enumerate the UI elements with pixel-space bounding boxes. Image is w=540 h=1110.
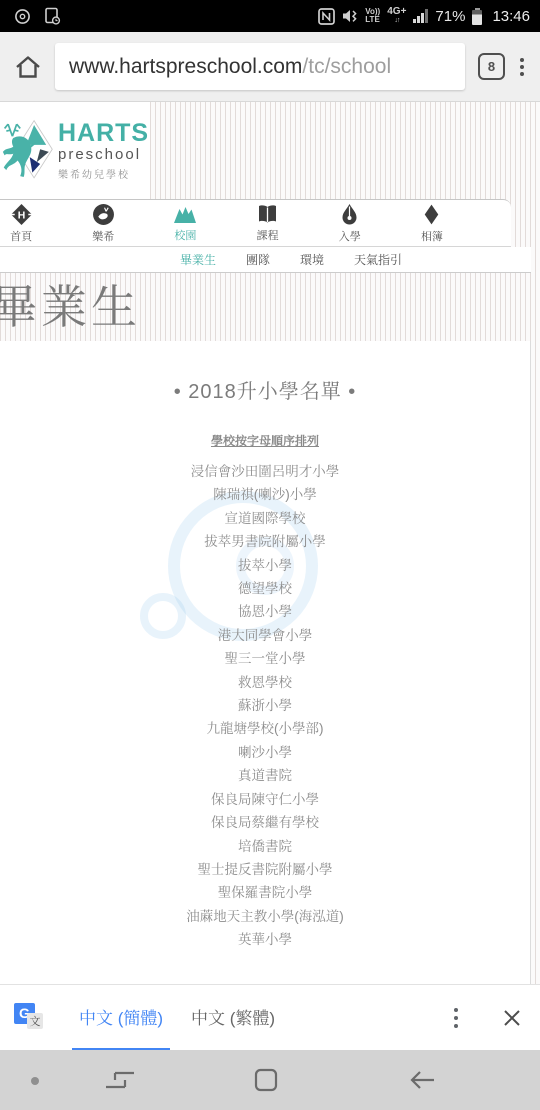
school-list-item: 港大同學會小學 (0, 624, 530, 647)
browser-toolbar: www.hartspreschool.com/tc/school 8 (0, 32, 540, 102)
home-diamond-icon: H (10, 203, 33, 226)
school-list-item: 聖三一堂小學 (0, 647, 530, 670)
subnav-item-graduates[interactable]: 畢業生 (180, 251, 216, 268)
url-path: /tc/school (302, 55, 391, 79)
page-title: 畢業生 (0, 281, 531, 333)
school-list-item: 真道書院 (0, 764, 530, 787)
nav-item-about[interactable]: 樂希 (62, 200, 144, 246)
home-button[interactable] (244, 1064, 288, 1096)
browser-menu-button[interactable] (518, 54, 526, 80)
nav-item-album[interactable]: 相簿 (391, 200, 473, 246)
nav-item-admission[interactable]: 入學 (309, 200, 391, 246)
school-list-item: 九龍塘學校(小學部) (0, 717, 530, 740)
vibrate-mute-icon (342, 8, 358, 24)
pen-nib-icon (338, 203, 361, 226)
network-type-indicator: 4G+↓↑ (387, 7, 406, 25)
logo-title: HARTS (58, 120, 149, 146)
svg-text:H: H (17, 210, 25, 221)
home-icon[interactable] (14, 54, 42, 80)
android-navigation-bar (0, 1050, 540, 1110)
school-list-item: 宣道國際學校 (0, 507, 530, 530)
school-list-item: 救恩學校 (0, 671, 530, 694)
status-bar: Vo))LTE 4G+↓↑ 71% 13:46 (0, 0, 540, 32)
list-subheading: 學校按字母順序排列 (0, 432, 530, 449)
nav-label: 入學 (339, 228, 361, 244)
nav-item-curriculum[interactable]: 課程 (227, 200, 309, 246)
nav-label: 相簿 (421, 228, 443, 244)
page-content: • 2018升小學名單 • 學校按字母順序排列 浸信會沙田圍呂明才小學 陳瑞祺(… (0, 341, 531, 984)
translate-close-icon[interactable] (502, 1008, 522, 1028)
data-saver-icon (14, 8, 31, 25)
school-list-item: 英華小學 (0, 928, 530, 951)
edge-panel-handle[interactable] (31, 1077, 39, 1085)
clock: 13:46 (492, 8, 530, 25)
volte-indicator: Vo))LTE (365, 8, 380, 24)
school-list-item: 喇沙小學 (0, 741, 530, 764)
school-list: 浸信會沙田圍呂明才小學 陳瑞祺(喇沙)小學 宣道國際學校 拔萃男書院附屬小學 拔… (0, 460, 530, 952)
deer-circle-icon (92, 203, 115, 226)
google-translate-icon: G文 (14, 1001, 50, 1035)
school-list-item: 保良局蔡繼有學校 (0, 811, 530, 834)
nav-item-campus[interactable]: 校園 (144, 200, 226, 246)
url-bar[interactable]: www.hartspreschool.com/tc/school (55, 43, 465, 90)
school-list-item: 保良局陳守仁小學 (0, 788, 530, 811)
logo-subtitle: preschool (58, 146, 149, 163)
translate-tab-traditional[interactable]: 中文 (繁體) (184, 985, 282, 1051)
subnav-item-weather-guide[interactable]: 天氣指引 (354, 251, 402, 268)
open-book-icon (256, 203, 279, 225)
nav-label: 課程 (257, 227, 279, 243)
mountains-icon (172, 203, 198, 225)
school-list-item: 聖士提反書院附屬小學 (0, 858, 530, 881)
url-host: www.hartspreschool.com (69, 55, 302, 79)
school-list-item: 拔萃男書院附屬小學 (0, 530, 530, 553)
school-list-item: 培僑書院 (0, 835, 530, 858)
nav-label: 樂希 (92, 228, 114, 244)
translate-tab-simplified[interactable]: 中文 (簡體) (72, 985, 170, 1051)
recents-button[interactable] (98, 1064, 142, 1096)
school-list-item: 聖保羅書院小學 (0, 881, 530, 904)
main-navigation: H 首頁 樂希 校園 課程 (0, 199, 511, 247)
back-button[interactable] (400, 1064, 444, 1096)
school-list-item: 陳瑞祺(喇沙)小學 (0, 483, 530, 506)
nav-label: 校園 (174, 227, 196, 243)
file-clock-icon (44, 7, 61, 25)
site-logo[interactable]: HARTS preschool 樂希幼兒學校 (0, 102, 150, 199)
school-list-item: 蘇浙小學 (0, 694, 530, 717)
battery-icon (472, 8, 482, 25)
translate-bar: G文 中文 (簡體) 中文 (繁體) (0, 984, 540, 1050)
site-header: HARTS preschool 樂希幼兒學校 (0, 102, 540, 199)
school-list-item: 浸信會沙田圍呂明才小學 (0, 460, 530, 483)
nfc-icon (318, 8, 335, 25)
nav-item-home[interactable]: H 首頁 (0, 200, 62, 246)
tab-count-button[interactable]: 8 (478, 53, 505, 80)
subnav-item-environment[interactable]: 環境 (300, 251, 324, 268)
logo-chinese-name: 樂希幼兒學校 (58, 166, 149, 181)
subnav-item-team[interactable]: 團隊 (246, 251, 270, 268)
list-heading: • 2018升小學名單 • (0, 341, 530, 404)
page-title-banner: 畢業生 (0, 273, 540, 341)
translate-options-icon[interactable] (448, 1002, 464, 1034)
school-list-item: 協恩小學 (0, 600, 530, 623)
diamond-icon (420, 203, 443, 226)
sub-navigation: 畢業生 團隊 環境 天氣指引 (0, 247, 531, 273)
signal-strength-icon (413, 9, 428, 23)
phone-screen: Vo))LTE 4G+↓↑ 71% 13:46 www.hartsprescho… (0, 0, 540, 1110)
school-list-item: 拔萃小學 (0, 554, 530, 577)
harts-deer-logo-icon (2, 110, 54, 192)
school-list-item: 油蔴地天主教小學(海泓道) (0, 905, 530, 928)
webpage: HARTS preschool 樂希幼兒學校 H 首頁 樂希 (0, 102, 540, 984)
battery-percent: 71% (435, 8, 465, 25)
nav-label: 首頁 (10, 228, 32, 244)
school-list-item: 德望學校 (0, 577, 530, 600)
